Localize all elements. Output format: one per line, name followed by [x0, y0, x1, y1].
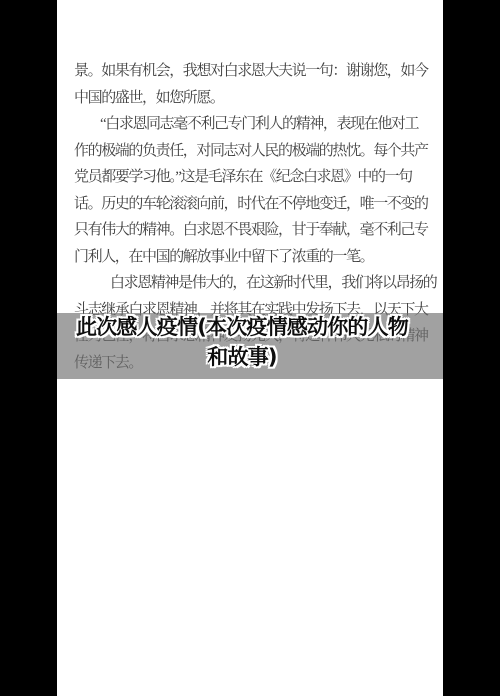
body-line: 中国的盛世，如您所愿。: [74, 85, 430, 112]
body-line: 话。历史的车轮滚滚向前，时代在不停地变迁，唯一不变的: [74, 191, 430, 218]
body-line: 门利人，在中国的解放事业中留下了浓重的一笔。: [74, 244, 430, 271]
overlay-title-line-1: 此次感人疫情(本次疫情感动你的人物: [49, 312, 435, 342]
body-line: “白求恩同志毫不利己专门利人的精神，表现在他对工: [74, 111, 430, 138]
overlay-title-line-2: 和故事): [49, 342, 435, 372]
body-line: 作的极端的负责任，对同志对人民的极端的热忱。每个共产: [74, 138, 430, 165]
screenshot-canvas: 景。如果有机会，我想对白求恩大夫说一句：谢谢您，如今 中国的盛世，如您所愿。 “…: [0, 0, 500, 696]
body-line: 只有伟大的精神。白求恩不畏艰险，甘于奉献，毫不利己专: [74, 217, 430, 244]
overlay-title: 此次感人疫情(本次疫情感动你的人物 和故事): [49, 312, 435, 372]
body-line: 白求恩精神是伟大的，在这新时代里，我们将以昂扬的: [74, 270, 430, 297]
right-black-bar: [443, 0, 500, 696]
body-line: 党员都要学习他。”这是毛泽东在《纪念白求恩》中的一句: [74, 164, 430, 191]
body-line: 景。如果有机会，我想对白求恩大夫说一句：谢谢您，如今: [74, 58, 430, 85]
